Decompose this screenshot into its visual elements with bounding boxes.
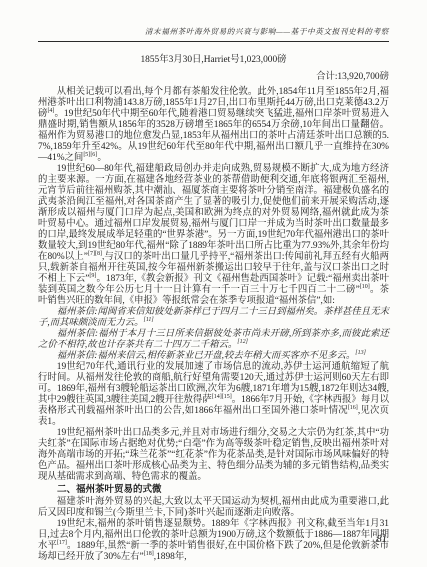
running-header-title: 清末福州茶叶海外贸易的兴衰与影响——基于中英文报刊史料的考察: [38, 26, 389, 37]
paragraph-2: 19世纪60—80年代,福建船政局创办并走向成熟,贸易规模不断扩大,成为地方经济…: [38, 164, 389, 307]
page-number: 81: [377, 534, 388, 545]
header-rule: [38, 41, 389, 42]
paragraph-3: 19世纪70年代,通讯行业的发展加速了市场信息的流动,苏伊士运河通航缩短了航行时…: [38, 362, 389, 428]
quote-paragraph-1: 福州茶信:闻闽省来信知彼处新茶样已于四月二十三日到福州矣。茶样甚佳且无末子,而其…: [38, 307, 389, 329]
paper-page: 清末福州茶叶海外贸易的兴衰与影响——基于中英文报刊史料的考察 1855年3月30…: [0, 0, 427, 567]
paragraph-4: 19世纪福州茶叶出口品类多元,并且对市场进行细分,交易之大宗仍为红茶,其中“功夫…: [38, 428, 389, 483]
ledger-total-line: 合计:13,920,700磅: [38, 68, 389, 82]
ledger-entry-line: 1855年3月30日,Harriet号1,023,000磅: [38, 51, 389, 65]
paragraph-5: 福建茶叶海外贸易的兴起,大致以太平天国运动为契机,福州由此成为重要港口,此后又因…: [38, 497, 389, 519]
paragraph-6: 19世纪末,福州的茶叶销售逐显颓势。1889年《字林西报》刊文称,截至当年1月3…: [38, 519, 389, 563]
quote-paragraph-2: 福州茶信:福州于本月十三日所来信据彼处茶市尚未开磅,所到茶亦多,而彼此索还之价不…: [38, 329, 389, 351]
section-heading: 二、福州茶叶贸易的式微: [38, 484, 389, 496]
quote-paragraph-3: 福州茶信:福州来信云,相传新茶业已开盘,较去年稍大而买客亦不见多云。[13]: [38, 351, 389, 362]
paragraph-1: 从相关记载可以看出,每个月都有茶船发往伦敦。此外,1854年11月至1855年2…: [38, 87, 389, 164]
